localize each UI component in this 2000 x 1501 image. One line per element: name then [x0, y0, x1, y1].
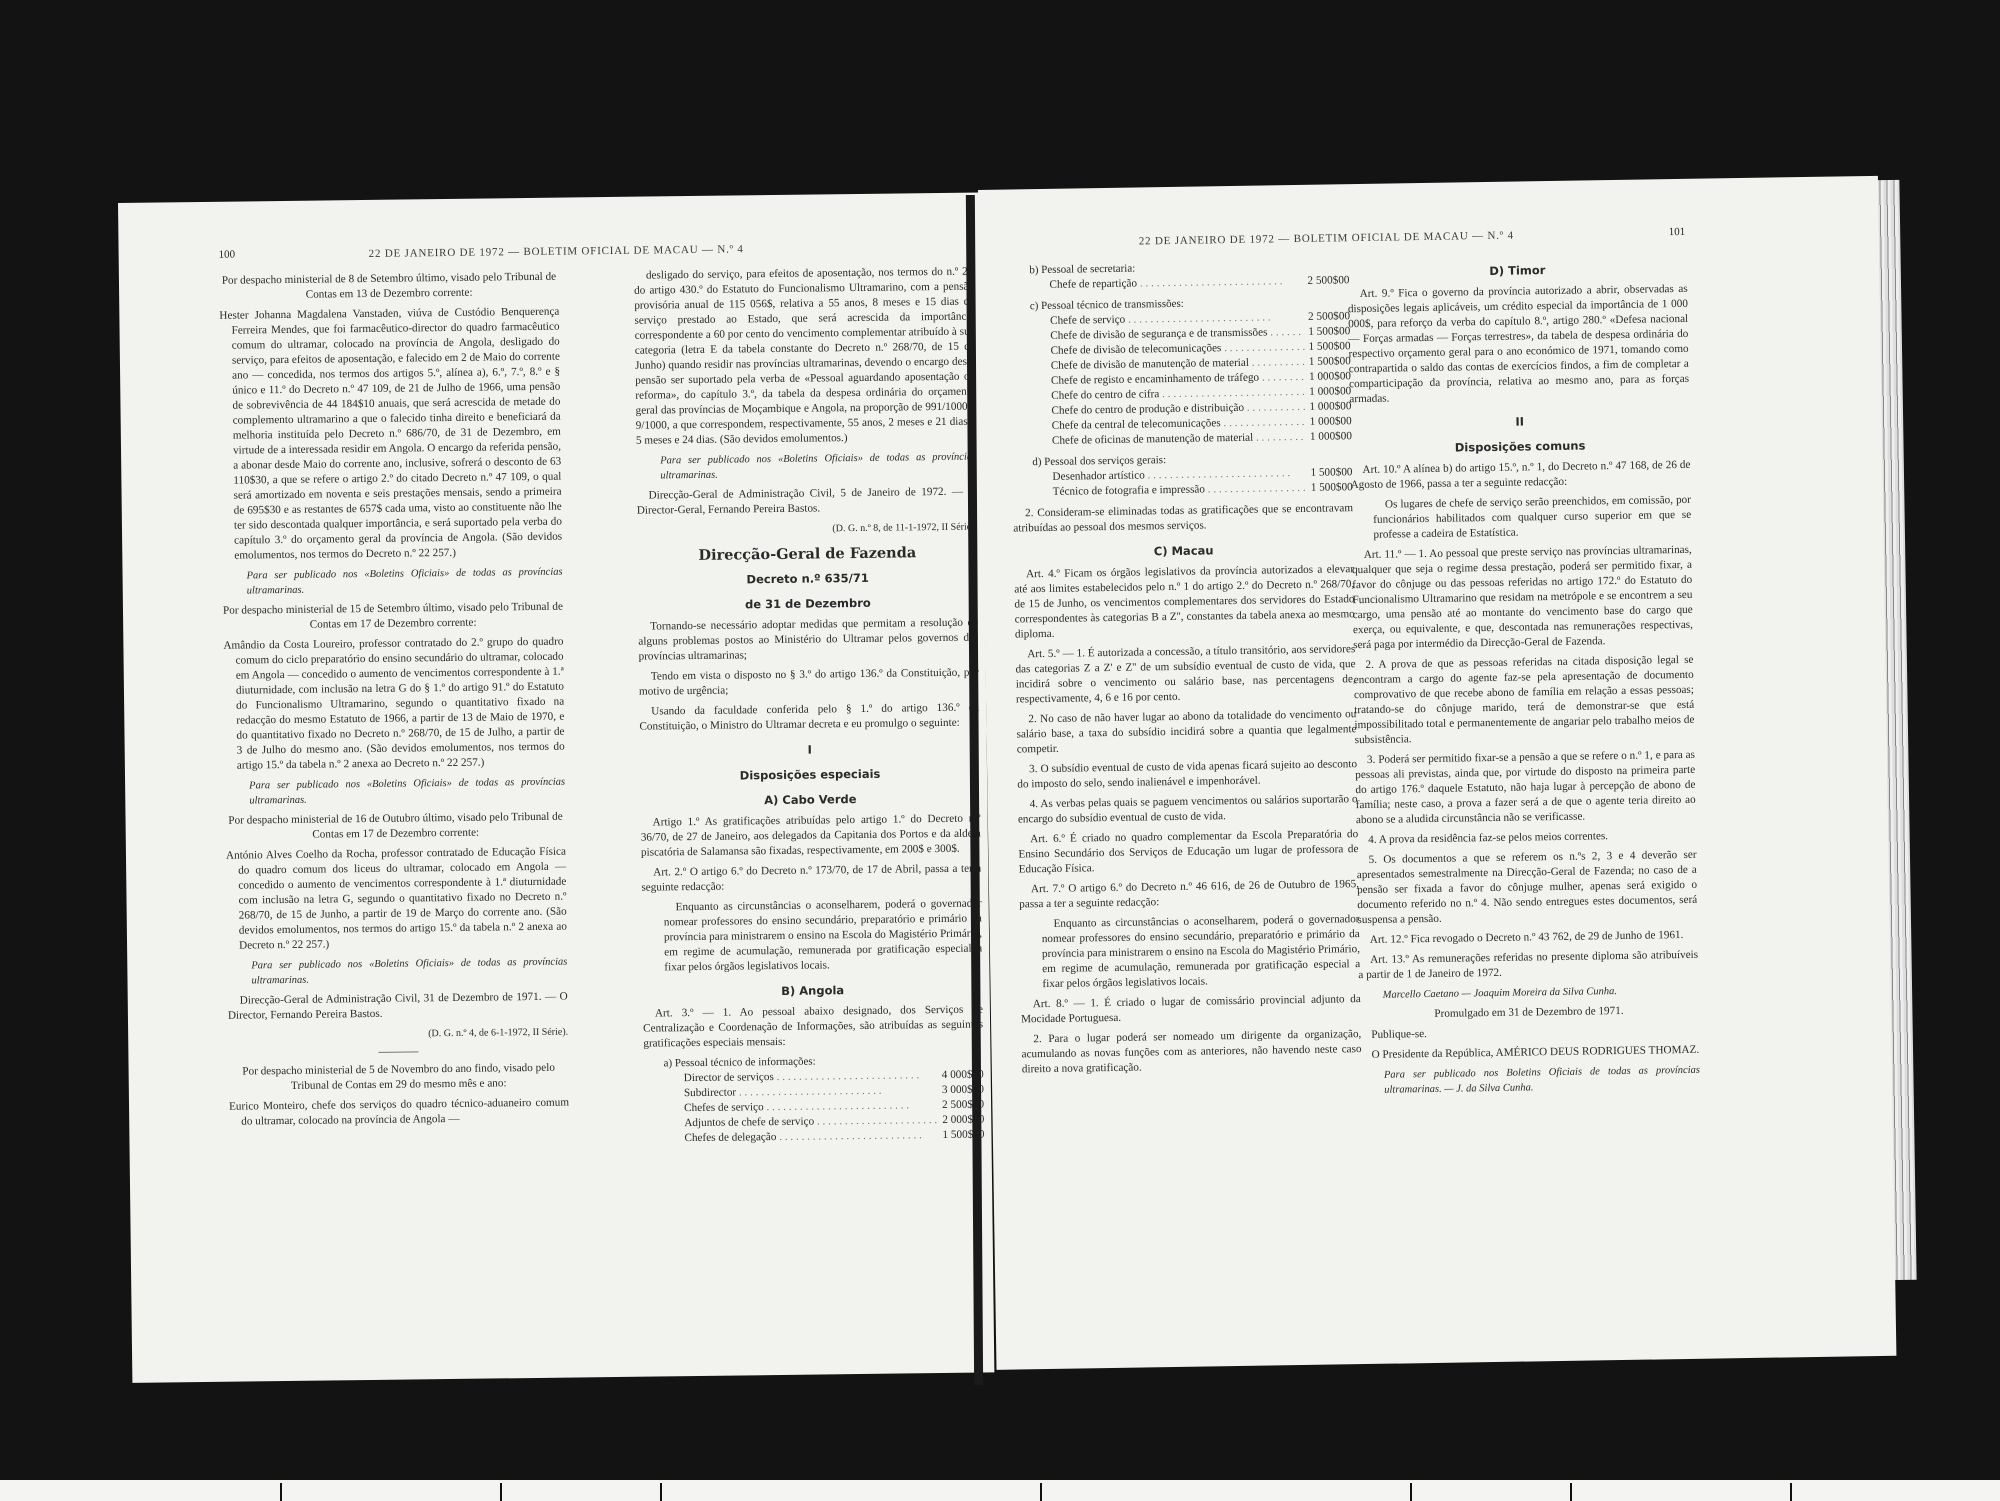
paragraph: Art. 7.º O artigo 6.º do Decreto n.º 46 … [1019, 877, 1359, 912]
table-row: Chefes de delegação1 500$00 [644, 1127, 984, 1146]
paragraph: Art. 8.º — 1. É criado o lugar de comiss… [1021, 992, 1361, 1027]
paragraph: Promulgado em 31 de Dezembro de 1971. [1359, 1003, 1699, 1023]
paragraph: 2. A prova de que as pessoas referidas n… [1353, 653, 1694, 748]
paragraph: Por despacho ministerial de 15 de Setemb… [223, 600, 563, 634]
paragraph: 5. Os documentos a que se referem os n.º… [1356, 848, 1697, 928]
salary-table: b) Pessoal de secretaria:Chefe de repart… [1009, 258, 1349, 293]
section-title: I [640, 741, 980, 760]
section-title: Disposições especiais [640, 766, 980, 785]
paragraph: Por despacho ministerial de 8 de Setembr… [219, 270, 559, 304]
paragraph: Art. 10.º A alínea b) do artigo 15.º, n.… [1350, 458, 1690, 493]
right-column-2: D) TimorArt. 9.º Fica o governo da proví… [1347, 251, 1700, 1103]
paragraph: desligado do serviço, para efeitos de ap… [634, 265, 976, 449]
paragraph: Direcção-Geral de Administração Civil, 5… [637, 485, 977, 519]
paragraph: Art. 3.º — 1. Ao pessoal abaixo designad… [643, 1002, 984, 1051]
row-value: 1 000$00 [1305, 369, 1351, 385]
publication-note: Para ser publicado nos «Boletins Oficiai… [636, 450, 976, 484]
section-title: Disposições comuns [1350, 437, 1690, 457]
paragraph: 2. Consideram-se eliminadas todas as gra… [1013, 501, 1353, 536]
right-page: 22 DE JANEIRO DE 1972 — BOLETIM OFICIAL … [978, 176, 1896, 1370]
salary-table: d) Pessoal dos serviços gerais:Desenhado… [1012, 450, 1353, 500]
section-title: Direcção-Geral de Fazenda [637, 545, 977, 564]
row-label: Chefe de repartição [1049, 274, 1303, 293]
page-number: 100 [219, 249, 236, 261]
paragraph: O Presidente da República, AMÉRICO DEUS … [1360, 1043, 1700, 1063]
section-title: de 31 de Dezembro [638, 595, 978, 614]
salary-table: c) Pessoal técnico de transmissões:Chefe… [1010, 294, 1352, 449]
paragraph: 3. O subsídio eventual de custo de vida … [1017, 757, 1357, 792]
paragraph: 3. Poderá ser permitido fixar-se a pensã… [1355, 748, 1696, 828]
paragraph: Por despacho ministerial de 5 de Novembr… [229, 1061, 569, 1095]
publication-note: Para ser publicado nos «Boletins Oficiai… [225, 775, 565, 809]
paragraph: Amândio da Costa Loureiro, professor con… [223, 635, 565, 774]
section-title: Decreto n.º 635/71 [638, 570, 978, 589]
paragraph: Artigo 1.º As gratificações atribuídas p… [641, 812, 982, 861]
paragraph: Enquanto as circunstâncias o aconselhare… [1019, 912, 1360, 992]
paragraph: Por despacho ministerial de 16 de Outubr… [225, 810, 565, 844]
row-label: Chefes de delegação [684, 1128, 938, 1146]
paragraph: Direcção-Geral de Administração Civil, 3… [228, 990, 568, 1024]
row-value: 2 500$00 [1304, 309, 1350, 325]
row-value: 1 000$00 [1305, 399, 1351, 415]
left-page: 100 22 DE JANEIRO DE 1972 — BOLETIM OFIC… [118, 192, 994, 1382]
publication-note: Para ser publicado nos «Boletins Oficiai… [227, 955, 567, 989]
row-label: Chefe de oficinas de manutenção de mater… [1052, 430, 1306, 449]
salary-table: a) Pessoal técnico de informações:Direct… [643, 1052, 984, 1146]
paragraph: António Alves Coelho da Rocha, professor… [226, 845, 567, 954]
paragraph: 4. A prova da residência faz-se pelos me… [1356, 828, 1696, 848]
paragraph: Publique-se. [1359, 1023, 1699, 1043]
section-title: B) Angola [643, 981, 983, 1000]
row-value: 2 500$00 [1303, 273, 1349, 289]
paragraph: Art. 12.º Fica revogado o Decreto n.º 43… [1358, 928, 1698, 948]
paragraph: Art. 11.º — 1. Ao pessoal que preste ser… [1352, 543, 1694, 653]
paragraph: (D. G. n.º 8, de 11-1-1972, II Série). [637, 520, 977, 539]
row-value: 1 500$00 [1307, 480, 1353, 496]
paragraph: Art. 5.º — 1. É autorizada a concessão, … [1015, 642, 1356, 707]
publication-note: Para ser publicado nos Boletins Oficiais… [1360, 1063, 1700, 1098]
paragraph: Art. 9.º Fica o governo da província aut… [1348, 282, 1690, 407]
paragraph: Os lugares de chefe de serviço serão pre… [1351, 493, 1692, 543]
section-title: D) Timor [1347, 261, 1687, 281]
paragraph: 2. No caso de não haver lugar ao abono d… [1016, 707, 1357, 757]
row-label: Técnico de fotografia e impressão [1053, 481, 1307, 500]
paragraph: Tendo em vista o disposto no § 3.º do ar… [639, 666, 979, 700]
paragraph: Usando da faculdade conferida pelo § 1.º… [639, 701, 979, 735]
right-column-1: b) Pessoal de secretaria:Chefe de repart… [1009, 256, 1362, 1082]
page-header: 22 DE JANEIRO DE 1972 — BOLETIM OFICIAL … [369, 243, 744, 260]
divider [378, 1051, 418, 1052]
row-value: 1 500$00 [1305, 354, 1351, 370]
paragraph: Art. 4.º Ficam os órgãos legislativos da… [1014, 562, 1355, 642]
paragraph: Tornando-se necessário adoptar medidas q… [638, 616, 979, 665]
page-header: 22 DE JANEIRO DE 1972 — BOLETIM OFICIAL … [1139, 230, 1514, 248]
publication-note: Para ser publicado nos «Boletins Oficiai… [222, 565, 562, 599]
row-value: 1 000$00 [1306, 429, 1352, 445]
section-title: A) Cabo Verde [640, 791, 980, 810]
paragraph: Art. 2.º O artigo 6.º do Decreto n.º 173… [641, 862, 981, 896]
row-value: 1 500$00 [1304, 324, 1350, 340]
row-value: 1 500$00 [1304, 339, 1350, 355]
paragraph: (D. G. n.º 4, de 6-1-1972, II Série). [228, 1025, 568, 1044]
left-column-1: Por despacho ministerial de 8 de Setembr… [219, 270, 569, 1135]
row-value: 1 500$00 [1306, 465, 1352, 481]
paragraph: 4. As verbas pelas quais se paguem venci… [1018, 792, 1358, 827]
publication-note: Marcello Caetano — Joaquim Moreira da Si… [1359, 983, 1699, 1003]
paragraph: Eurico Monteiro, chefe dos serviços do q… [229, 1096, 569, 1130]
row-value: 1 000$00 [1305, 384, 1351, 400]
section-title: C) Macau [1014, 541, 1354, 561]
paragraph: Enquanto as circunstâncias o aconselhare… [642, 897, 983, 976]
page-number: 101 [1669, 226, 1686, 238]
paragraph: Art. 13.º As remunerações referidas no p… [1358, 948, 1698, 983]
left-column-2: desligado do serviço, para efeitos de ap… [634, 265, 985, 1153]
paragraph: Hester Johanna Magdalena Vanstaden, viúv… [219, 305, 562, 564]
section-title: II [1350, 412, 1690, 432]
scanner-ruler [0, 1480, 2000, 1501]
paragraph: 2. Para o lugar poderá ser nomeado um di… [1021, 1027, 1362, 1077]
row-value: 1 000$00 [1306, 414, 1352, 430]
paragraph: Art. 6.º É criado no quadro complementar… [1018, 827, 1359, 877]
